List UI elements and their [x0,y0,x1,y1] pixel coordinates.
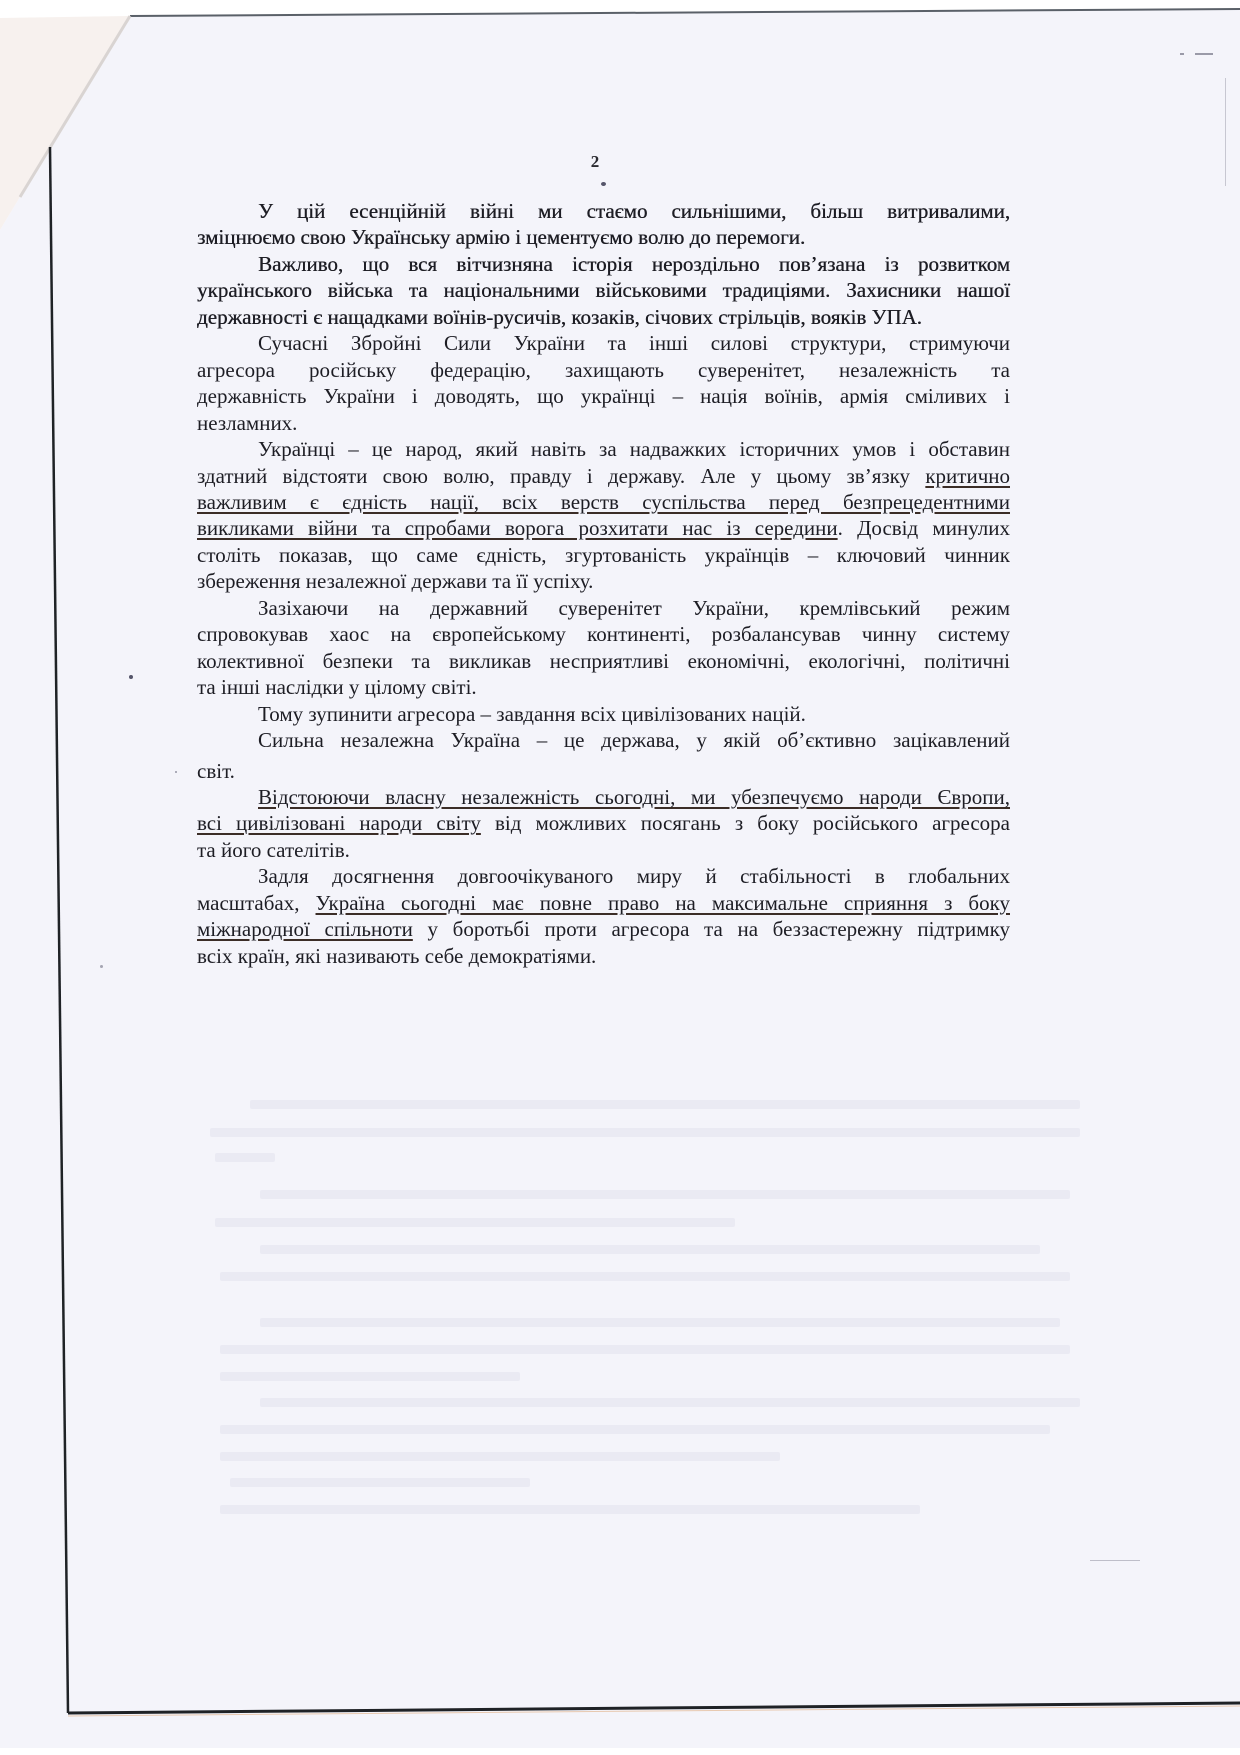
text-segment: всіх країн, які називають себе демократі… [197,944,596,968]
scan-mark-dash [1195,53,1213,55]
text-segment: від можливих посягань з боку російського… [481,811,1010,835]
text-line: Відстоюючи власну незалежність сьогодні,… [197,784,1010,810]
text-line: Важливо, що вся вітчизняна історія нероз… [197,251,1010,277]
text-line: незламних. [197,410,1010,436]
text-line: державність України і доводять, що украї… [197,383,1010,409]
text-line: У цій есенційній війні ми стаємо сильніш… [197,198,1010,224]
text-segment: Сучасні Збройні Сили України та інші сил… [258,331,1010,355]
text-line: українського війська та національними ві… [197,277,1010,303]
text-segment: Зазіхаючи на державний суверенітет Украї… [258,596,1010,620]
text-segment: та інші наслідки у цілому світі. [197,675,477,699]
text-line: важливим є єдність нації, всіх верств су… [197,489,1010,515]
page-number: 2 [585,152,605,172]
text-line: міжнародної спільноти у боротьбі проти а… [197,916,1010,942]
text-segment: У цій есенційній війні ми стаємо сильніш… [258,199,1010,223]
text-line: всі цивілізовані народи світу від можлив… [197,810,1010,836]
underlined-phrase: міжнародної спільноти [197,917,413,941]
underlined-phrase: Відстоюючи власну незалежність сьогодні,… [258,785,1010,809]
text-segment: агресора російську федерацію, захищають … [197,358,1010,382]
text-line: зміцнюємо свою Українську армію і цемент… [197,224,1010,250]
text-line: та його сателітів. [197,837,1010,863]
speck-mark [129,675,133,679]
text-segment: державність України і доводять, що украї… [197,384,1010,408]
text-line: всіх країн, які називають себе демократі… [197,943,1010,969]
document-body: У цій есенційній війні ми стаємо сильніш… [197,198,1010,969]
text-segment: Сильна незалежна Україна – це держава, у… [258,728,1010,752]
text-segment: Задля досягнення довгоочікуваного миру й… [258,864,1010,888]
text-segment: Важливо, що вся вітчизняна історія нероз… [258,252,1010,276]
text-segment: . Досвід минулих [838,516,1010,540]
text-line: колективної безпеки та викликав несприят… [197,648,1010,674]
text-segment: зміцнюємо свою Українську армію і цемент… [197,225,805,249]
text-line: викликами війни та спробами ворога розхи… [197,515,1010,541]
text-line: агресора російську федерацію, захищають … [197,357,1010,383]
text-line: Тому зупинити агресора – завдання всіх ц… [197,701,1010,727]
text-segment: світ. [197,759,235,783]
text-segment: століть показав, що саме єдність, згурто… [197,543,1010,567]
speck-mark [175,771,177,773]
text-line: збереження незалежної держави та її успі… [197,568,1010,594]
text-line: світ. [197,758,1010,784]
text-segment: Тому зупинити агресора – завдання всіх ц… [258,702,806,726]
text-segment: незламних. [197,411,297,435]
underlined-phrase: викликами війни та спробами ворога розхи… [197,516,838,540]
text-segment: та його сателітів. [197,838,350,862]
text-segment: державності є нащадками воїнів-русичів, … [197,305,922,329]
text-segment: українського війська та національними ві… [197,278,1010,302]
underlined-phrase: важливим є єдність нації, всіх верств су… [197,490,1010,514]
text-line: Українці – це народ, який навіть за надв… [197,436,1010,462]
text-line: спровокував хаос на європейському контин… [197,621,1010,647]
text-line: здатний відстояти свою волю, правду і де… [197,463,1010,489]
text-line: Сильна незалежна Україна – це держава, у… [197,727,1010,753]
speck-mark [100,965,103,968]
text-line: століть показав, що саме єдність, згурто… [197,542,1010,568]
underlined-phrase: критично [925,464,1010,488]
scan-mark-dash [1180,53,1184,55]
speck-mark [601,182,606,186]
text-segment: спровокував хаос на європейському контин… [197,622,1010,646]
scan-mark-dash [1090,1560,1140,1561]
text-segment: Українці – це народ, який навіть за надв… [258,437,1010,461]
text-line: Задля досягнення довгоочікуваного миру й… [197,863,1010,889]
text-line: Сучасні Збройні Сили України та інші сил… [197,330,1010,356]
scan-mark-vertical [1225,78,1226,186]
text-segment: масштабах, [197,891,316,915]
text-segment: збереження незалежної держави та її успі… [197,569,593,593]
text-line: масштабах, Україна сьогодні має повне пр… [197,890,1010,916]
text-segment: колективної безпеки та викликав несприят… [197,649,1010,673]
text-line: державності є нащадками воїнів-русичів, … [197,304,1010,330]
text-segment: у боротьбі проти агресора та на беззасте… [413,917,1010,941]
text-segment: здатний відстояти свою волю, правду і де… [197,464,925,488]
text-line: Зазіхаючи на державний суверенітет Украї… [197,595,1010,621]
underlined-phrase: всі цивілізовані народи світу [197,811,481,835]
underlined-phrase: Україна сьогодні має повне право на макс… [316,891,1010,915]
text-line: та інші наслідки у цілому світі. [197,674,1010,700]
